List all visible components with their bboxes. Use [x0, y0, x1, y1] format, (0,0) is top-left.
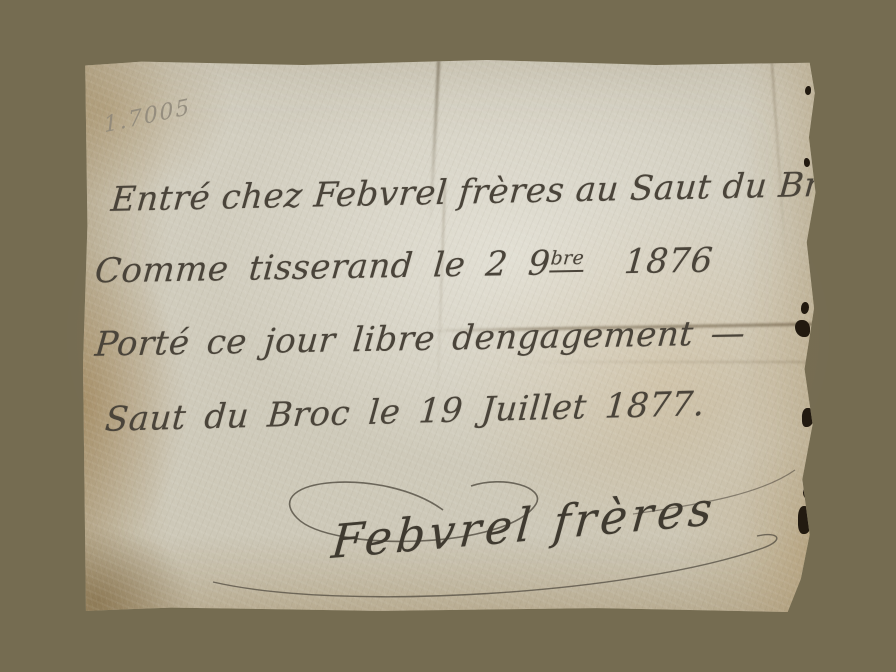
pencil-inventory-number: 1.7005: [103, 95, 192, 139]
entry-line: Entré chez Febvrel frères au Saut du Bro…: [109, 164, 863, 220]
crease-vertical-middle: [436, 180, 446, 410]
release-line: Porté ce jour libre dengagement —: [93, 313, 747, 364]
month-superscript: bre: [550, 248, 586, 273]
trade-year: 1876: [623, 241, 715, 283]
crease-horizontal-faint: [503, 361, 817, 363]
torn-edge-spot: [795, 320, 810, 337]
signature: Febvrel frères: [329, 481, 718, 569]
trade-date-text: Comme tisserand le 2 9: [93, 243, 552, 291]
torn-edge-spot: [805, 86, 811, 95]
torn-edge-spot: [801, 302, 809, 314]
place-date-line: Saut du Broc le 19 Juillet 1877.: [104, 384, 707, 440]
trade-date-line: Comme tisserand le 2 9bre 1876: [93, 241, 714, 292]
manuscript-paper: 1.7005 Entré chez Febvrel frères au Saut…: [83, 60, 817, 612]
